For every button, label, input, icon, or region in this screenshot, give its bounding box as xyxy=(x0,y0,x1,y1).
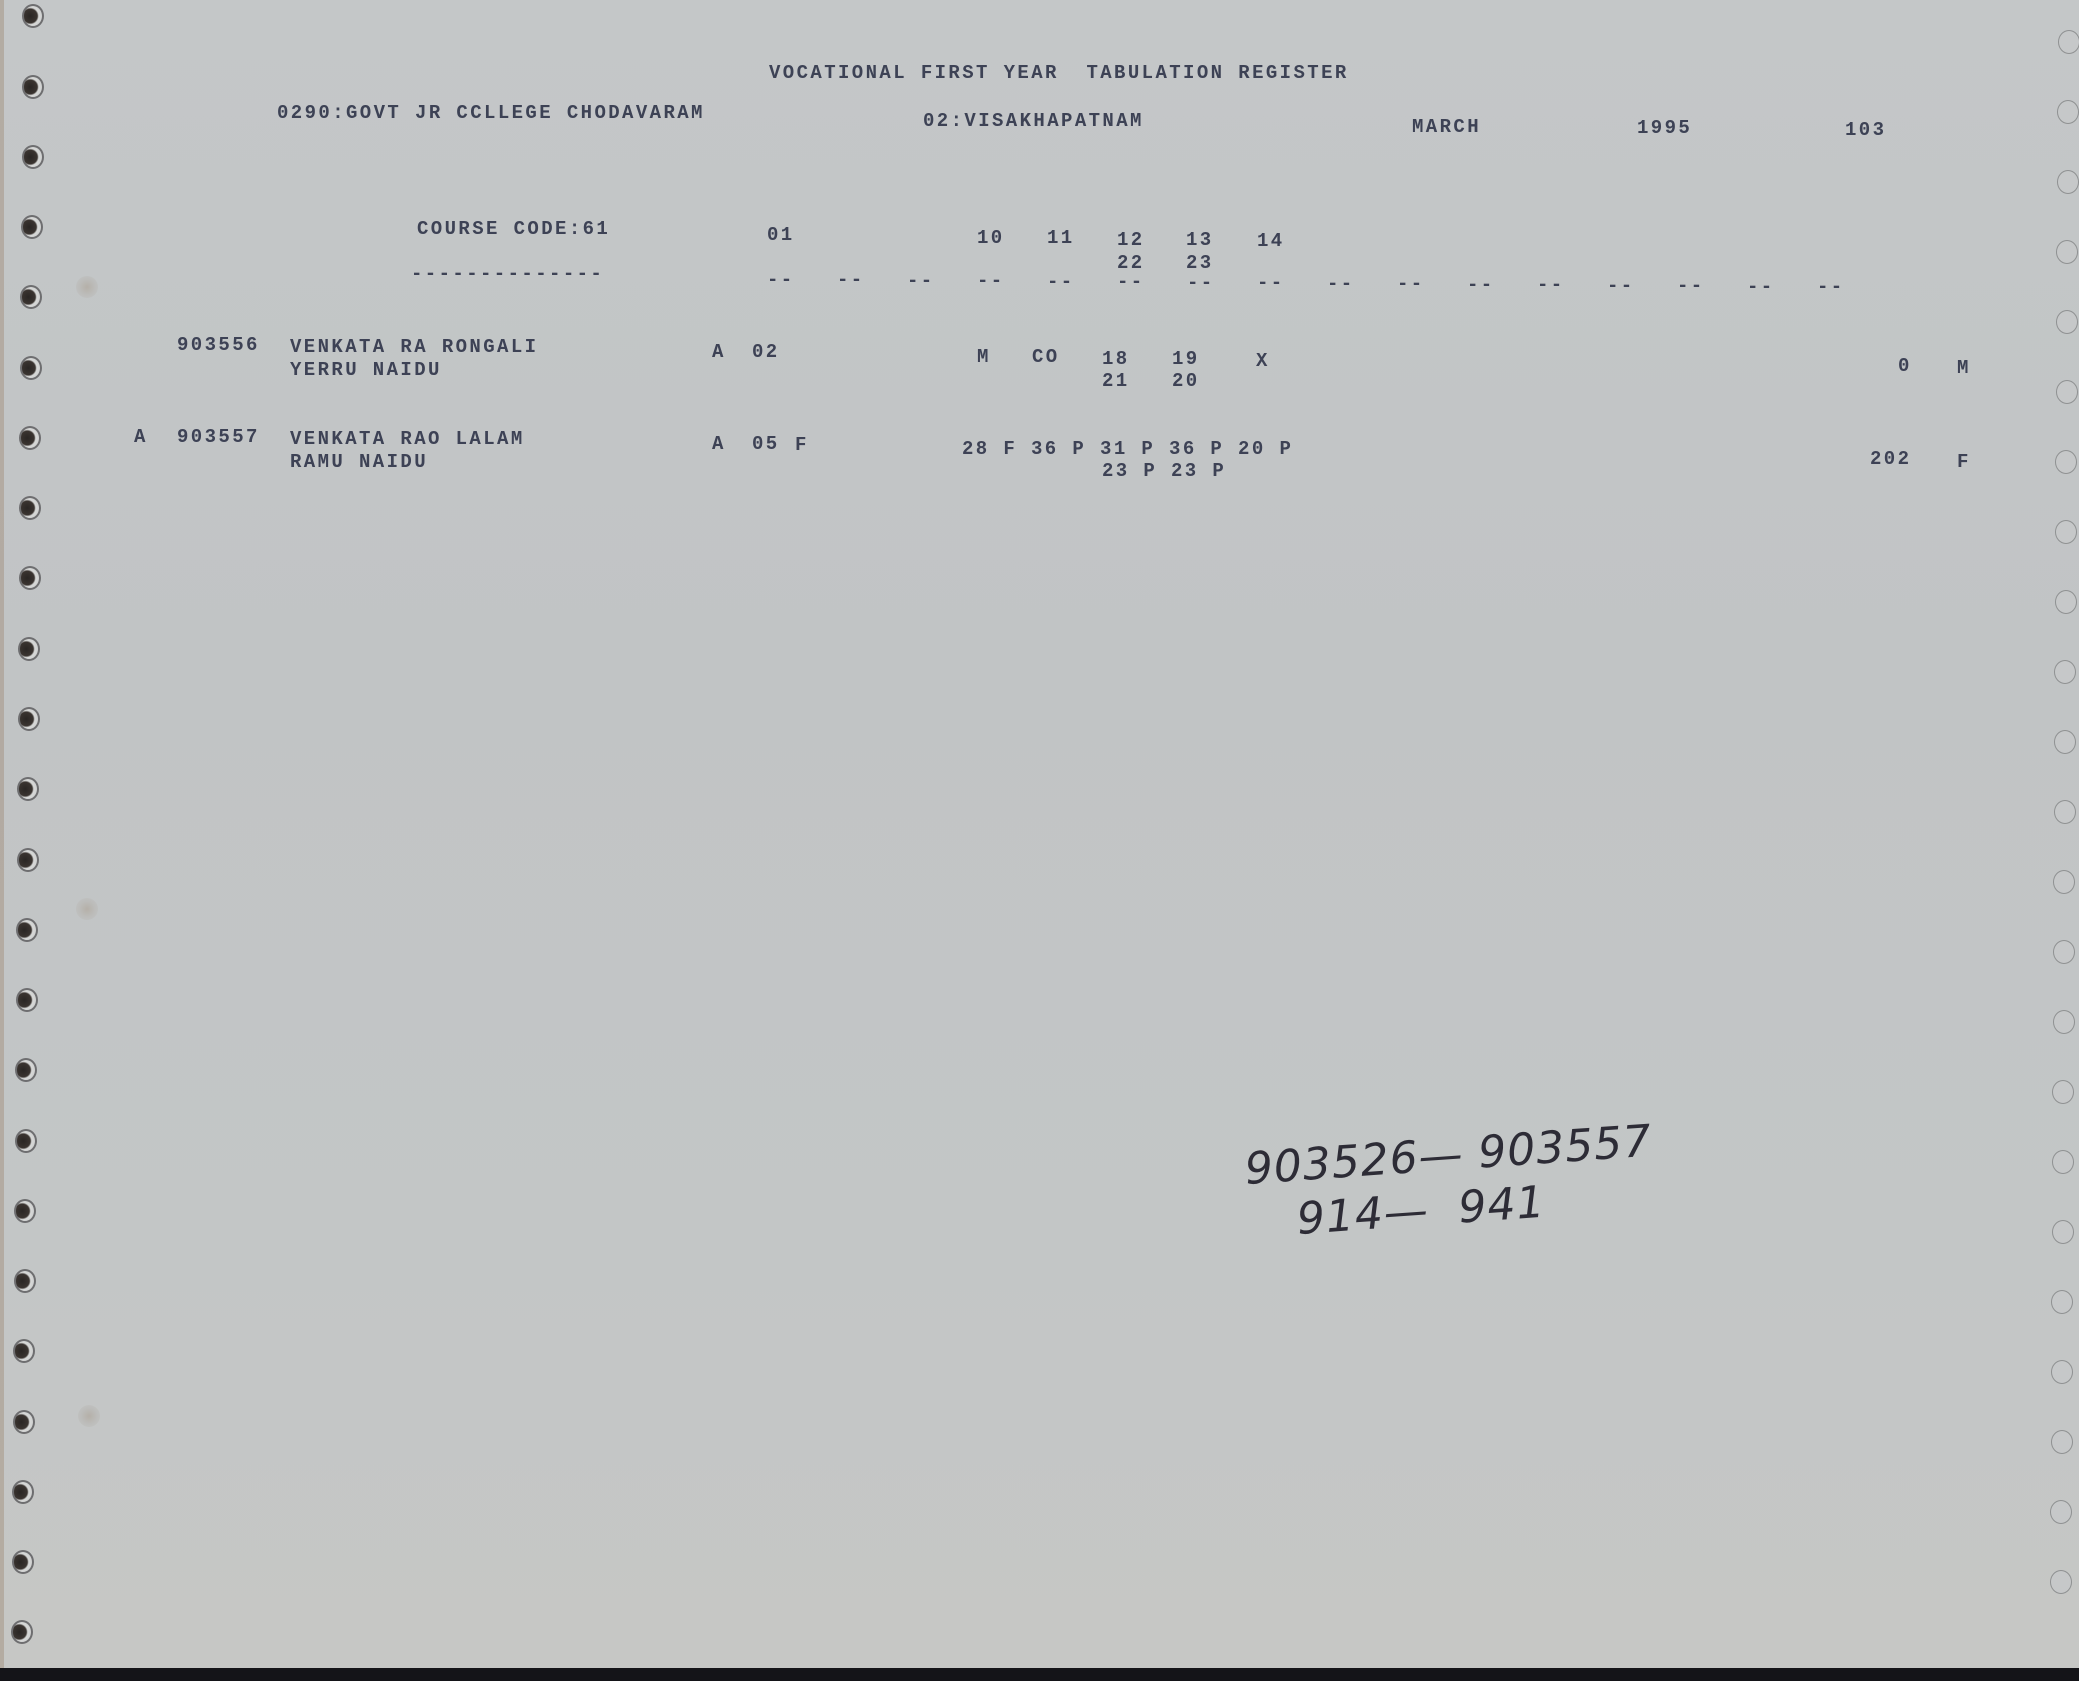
tractor-hole xyxy=(22,145,44,169)
column-separator: -- xyxy=(1747,278,1775,297)
handwritten-page-range: 914— 941 xyxy=(1295,1181,1546,1242)
tractor-hole xyxy=(2056,240,2078,264)
tractor-hole xyxy=(18,707,40,731)
tabulation-register-page: VOCATIONAL FIRST YEAR TABULATION REGISTE… xyxy=(0,0,2079,1668)
parent-name: YERRU NAIDU xyxy=(290,361,442,380)
district-name: 02:VISAKHAPATNAM xyxy=(923,112,1144,131)
column-header-12: 12 xyxy=(1117,231,1145,250)
column-separator: -- xyxy=(1187,274,1215,293)
tractor-hole xyxy=(14,1199,36,1223)
tractor-hole xyxy=(2050,1500,2072,1524)
tractor-hole xyxy=(2053,940,2075,964)
tractor-hole xyxy=(11,1620,33,1644)
column-separator: -- xyxy=(1257,274,1285,293)
total-marks: 202 xyxy=(1870,450,1911,469)
tractor-hole xyxy=(19,566,41,590)
course-code-underline: -------------- xyxy=(411,265,604,284)
tractor-hole xyxy=(2054,730,2076,754)
tractor-hole xyxy=(2055,450,2077,474)
column-header-11: 11 xyxy=(1047,229,1075,248)
mark-col-22: 21 xyxy=(1102,372,1130,391)
total-marks: 0 xyxy=(1898,357,1912,376)
tractor-hole xyxy=(2053,870,2075,894)
column-separator: -- xyxy=(907,272,935,291)
page-number: 103 xyxy=(1845,121,1886,140)
mark-col-23: 20 xyxy=(1172,372,1200,391)
column-header-01: 01 xyxy=(767,226,795,245)
column-separator: -- xyxy=(977,272,1005,291)
tractor-hole xyxy=(20,356,42,380)
subject-01-mark: 02 xyxy=(752,343,780,362)
tractor-hole xyxy=(2052,1080,2074,1104)
tractor-hole xyxy=(2057,170,2079,194)
tractor-hole xyxy=(2050,1570,2072,1594)
column-separator: -- xyxy=(1467,276,1495,295)
tractor-hole xyxy=(2056,380,2078,404)
paper-smudge xyxy=(76,898,98,920)
tractor-hole xyxy=(2054,660,2076,684)
college-name: 0290:GOVT JR CCLLEGE CHODAVARAM xyxy=(277,104,705,123)
column-header-10: 10 xyxy=(977,229,1005,248)
column-header-14: 14 xyxy=(1257,232,1285,251)
tractor-hole xyxy=(16,918,38,942)
roll-number: 903556 xyxy=(177,336,260,355)
result-status: F xyxy=(1957,453,1971,472)
tractor-hole xyxy=(20,285,42,309)
subject-01-mark: 05 xyxy=(752,435,780,454)
mark-col-11: CO xyxy=(1032,348,1060,367)
category: A xyxy=(712,435,726,454)
tractor-hole xyxy=(12,1480,34,1504)
tractor-hole xyxy=(2057,100,2079,124)
tractor-hole xyxy=(17,777,39,801)
register-title: VOCATIONAL FIRST YEAR TABULATION REGISTE… xyxy=(769,64,1349,83)
subject-01-result: F xyxy=(795,436,809,455)
tractor-hole xyxy=(2053,1010,2075,1034)
tractor-hole xyxy=(2051,1360,2073,1384)
tractor-hole xyxy=(22,4,44,28)
column-header-13: 13 xyxy=(1186,231,1214,250)
column-separator: -- xyxy=(1817,278,1845,297)
column-separator: -- xyxy=(1397,275,1425,294)
mark-col-13: 19 xyxy=(1172,350,1200,369)
tractor-hole xyxy=(18,637,40,661)
marks-line-1: 28 F 36 P 31 P 36 P 20 P xyxy=(962,440,1293,459)
column-separator: -- xyxy=(837,271,865,290)
tractor-hole xyxy=(2055,520,2077,544)
paper-smudge xyxy=(78,1405,100,1427)
tractor-hole xyxy=(17,848,39,872)
tractor-hole xyxy=(14,1269,36,1293)
tractor-hole xyxy=(2052,1150,2074,1174)
column-separator: -- xyxy=(1047,273,1075,292)
mark-col-10: M xyxy=(977,348,991,367)
marks-line-2: 23 P 23 P xyxy=(1102,462,1226,481)
roll-number: 903557 xyxy=(177,428,260,447)
tractor-hole xyxy=(2054,800,2076,824)
mark-col-12: 18 xyxy=(1102,350,1130,369)
record-flag: A xyxy=(134,428,148,447)
tractor-hole xyxy=(2051,1290,2073,1314)
tractor-hole xyxy=(13,1410,35,1434)
tractor-hole xyxy=(13,1339,35,1363)
tractor-hole xyxy=(16,988,38,1012)
tractor-hole xyxy=(2051,1430,2073,1454)
exam-year: 1995 xyxy=(1637,119,1692,138)
scan-bottom-edge xyxy=(0,1668,2079,1681)
tractor-hole xyxy=(19,426,41,450)
column-separator: -- xyxy=(1677,277,1705,296)
mark-col-14: X xyxy=(1256,352,1270,371)
exam-month: MARCH xyxy=(1412,118,1481,137)
result-status: M xyxy=(1957,359,1971,378)
tractor-hole xyxy=(21,215,43,239)
column-separator: -- xyxy=(1537,276,1565,295)
category: A xyxy=(712,343,726,362)
tractor-hole xyxy=(2058,30,2079,54)
tractor-hole xyxy=(19,496,41,520)
column-separator: -- xyxy=(767,271,795,290)
student-name: VENKATA RA RONGALI xyxy=(290,338,538,357)
column-separator: -- xyxy=(1327,275,1355,294)
tractor-hole xyxy=(2052,1220,2074,1244)
student-name: VENKATA RAO LALAM xyxy=(290,430,525,449)
tractor-hole xyxy=(2056,310,2078,334)
course-code-label: COURSE CODE:61 xyxy=(417,220,610,239)
tractor-hole xyxy=(15,1058,37,1082)
column-separator: -- xyxy=(1607,277,1635,296)
tractor-hole xyxy=(15,1129,37,1153)
tractor-hole xyxy=(22,75,44,99)
handwritten-roll-range: 903526— 903557 xyxy=(1243,1120,1653,1192)
tractor-hole xyxy=(2055,590,2077,614)
paper-smudge xyxy=(76,276,98,298)
column-header-23: 23 xyxy=(1186,254,1214,273)
column-separator: -- xyxy=(1117,273,1145,292)
parent-name: RAMU NAIDU xyxy=(290,453,428,472)
tractor-hole xyxy=(12,1550,34,1574)
